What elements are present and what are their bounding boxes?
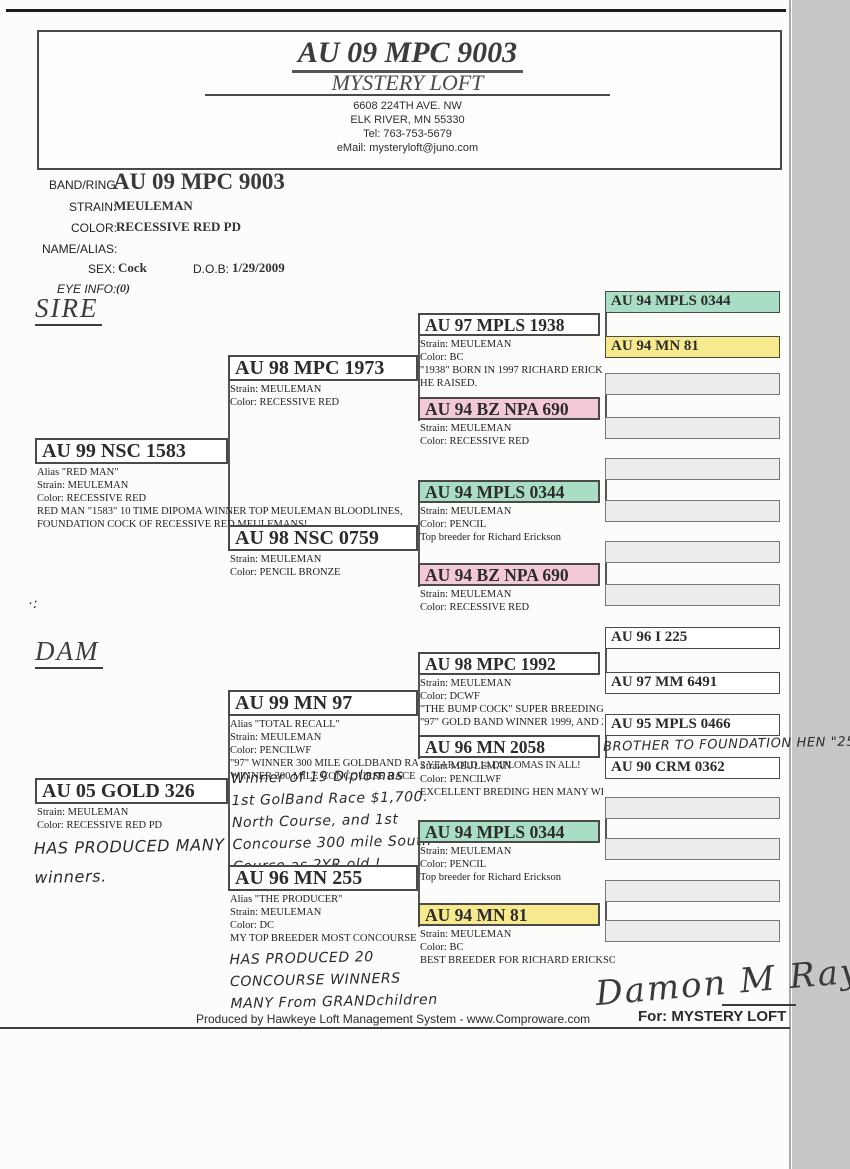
signature-line	[722, 1004, 796, 1006]
g4-box: AU 90 CRM 0362	[605, 757, 780, 779]
desc-line: Top breeder for Richard Erickson	[420, 531, 603, 544]
g3-desc: Strain: MEULEMAN Color: PENCIL Top breed…	[420, 845, 603, 884]
desc-line: Color: RECESSIVE RED	[230, 396, 418, 409]
g3-box: AU 96 MN 2058	[418, 735, 600, 758]
desc-line: Color: PENCIL	[420, 518, 603, 531]
desc-line: Color: BC	[420, 941, 615, 954]
desc-line: Color: PENCIL	[420, 858, 603, 871]
header-band-text: AU 09 MPC 9003	[292, 36, 523, 73]
desc-line: Strain: MEULEMAN	[37, 806, 227, 819]
pencil-mark: ·:	[28, 596, 39, 612]
header-band-title: AU 09 MPC 9003	[37, 36, 778, 70]
address-line2: ELK RIVER, MN 55330	[205, 113, 610, 127]
strain-value: MEULEMAN	[114, 198, 193, 214]
email-line: eMail: mysteryloft@juno.com	[205, 141, 610, 155]
hw-line: HAS PRODUCED MANY	[33, 830, 225, 863]
g3-box: AU 98 MPC 1992	[418, 652, 600, 675]
g2-box: AU 98 MPC 1973	[228, 355, 418, 381]
empty-ancestor-box	[605, 584, 780, 606]
desc-line: Strain: MEULEMAN	[420, 338, 603, 351]
g3-desc: Strain: MEULEMAN Color: BC BEST BREEDER …	[420, 928, 615, 967]
g4-box: AU 94 MN 81	[605, 336, 780, 358]
desc-line: Strain: MEULEMAN	[230, 553, 418, 566]
g2-box: AU 96 MN 255	[228, 865, 418, 891]
color-value: RECESSIVE RED PD	[116, 219, 241, 235]
scan-top-line	[6, 9, 786, 12]
loft-name: MYSTERY LOFT	[37, 70, 778, 96]
desc-line: Strain: MEULEMAN	[420, 588, 603, 601]
desc-line: Strain: MEULEMAN	[420, 677, 603, 690]
empty-ancestor-box	[605, 880, 780, 902]
g3-box: AU 94 MPLS 0344	[418, 480, 600, 503]
name-alias-label: NAME/ALIAS:	[42, 242, 117, 256]
g3-box: AU 94 MN 81	[418, 903, 600, 926]
band-ring-value: AU 09 MPC 9003	[113, 169, 285, 195]
g4-box: AU 97 MM 6491	[605, 672, 780, 694]
desc-line: "97" GOLD BAND WINNER 1999, AND 250 M	[420, 716, 603, 729]
overprinted-text: 2 YEAR OLD 14 DIPLOMAS IN ALL!	[420, 760, 580, 772]
empty-ancestor-box	[605, 458, 780, 480]
empty-ancestor-box	[605, 417, 780, 439]
g1-dam-box: AU 05 GOLD 326	[35, 778, 228, 804]
footer-rule	[0, 1027, 790, 1029]
g3-box: AU 94 BZ NPA 690	[418, 563, 600, 586]
g3-desc: Strain: MEULEMAN Color: DCWF "THE BUMP C…	[420, 677, 603, 729]
sire-section-label: SIRE	[35, 293, 102, 326]
g3-desc: Strain: MEULEMAN Color: RECESSIVE RED	[420, 422, 603, 448]
g3-box: AU 94 BZ NPA 690	[418, 397, 600, 420]
empty-ancestor-box	[605, 541, 780, 563]
g3-desc: Strain: MEULEMAN 2 YEAR OLD 14 DIPLOMAS …	[420, 760, 603, 799]
handwritten-note: Winner of 19 Diplomas 1st GolBand Race $…	[231, 764, 432, 878]
desc-line: Color: DCWF	[420, 690, 603, 703]
desc-line: Color: PENCIL BRONZE	[230, 566, 418, 579]
desc-line: Alias "RED MAN"	[37, 466, 432, 479]
desc-line: Alias "TOTAL RECALL"	[230, 718, 418, 731]
desc-line: Strain: MEULEMAN	[230, 906, 418, 919]
desc-line: Color: RECESSIVE RED	[420, 601, 603, 614]
dob-label: D.O.B:	[193, 262, 229, 276]
g4-box: AU 95 MPLS 0466	[605, 714, 780, 736]
sex-value: Cock	[118, 260, 147, 276]
desc-line: BEST BREEDER FOR RICHARD ERICKSON	[420, 954, 615, 967]
header-divider	[205, 94, 610, 96]
g1-sire-desc: Alias "RED MAN" Strain: MEULEMAN Color: …	[37, 466, 432, 531]
footer-for-loft: For: MYSTERY LOFT	[638, 1008, 786, 1025]
desc-line: Color: RECESSIVE RED	[420, 435, 603, 448]
desc-line: Color: DC	[230, 919, 418, 932]
desc-line: Strain: MEULEMAN	[230, 731, 418, 744]
g3-desc: Strain: MEULEMAN Color: PENCIL Top breed…	[420, 505, 603, 544]
hw-line: winners.	[34, 859, 226, 892]
sex-label: SEX:	[88, 262, 115, 276]
g2-desc: Strain: MEULEMAN Color: PENCIL BRONZE	[230, 553, 418, 579]
desc-line: MY TOP BREEDER MOST CONCOURSE W	[230, 932, 418, 945]
scanned-pedigree-page: AU 09 MPC 9003 MYSTERY LOFT 6608 224TH A…	[0, 0, 792, 1169]
desc-line: Strain: MEULEMAN	[37, 479, 432, 492]
desc-line: Strain: MEULEMAN	[420, 845, 603, 858]
desc-line: Color: PENCILWF	[420, 773, 603, 786]
g2-desc: Alias "THE PRODUCER" Strain: MEULEMAN Co…	[230, 893, 418, 945]
g4-box: AU 96 I 225	[605, 627, 780, 649]
empty-ancestor-box	[605, 838, 780, 860]
handwritten-note: BROTHER TO FOUNDATION HEN "255"	[603, 734, 850, 755]
desc-line: Alias "THE PRODUCER"	[230, 893, 418, 906]
desc-line: Color: PENCILWF	[230, 744, 418, 757]
g3-desc: Strain: MEULEMAN Color: RECESSIVE RED	[420, 588, 603, 614]
g4-box: AU 94 MPLS 0344	[605, 291, 780, 313]
desc-line: HE RAISED.	[420, 377, 603, 390]
g1-sire-box: AU 99 NSC 1583	[35, 438, 228, 464]
handwritten-note: HAS PRODUCED MANY winners.	[33, 830, 225, 892]
empty-ancestor-box	[605, 797, 780, 819]
g2-box: AU 99 MN 97	[228, 690, 418, 716]
desc-line: Strain: MEULEMAN	[420, 505, 603, 518]
phone-line: Tel: 763-753-5679	[205, 127, 610, 141]
dam-section-label: DAM	[35, 636, 103, 669]
hw-line: 1st GolBand Race $1,700.	[231, 786, 431, 812]
g1-dam-desc: Strain: MEULEMAN Color: RECESSIVE RED PD	[37, 806, 227, 832]
g2-box: AU 98 NSC 0759	[228, 525, 418, 551]
footer-produced-by: Produced by Hawkeye Loft Management Syst…	[196, 1012, 590, 1026]
desc-line: "THE BUMP COCK" SUPER BREEDING CO	[420, 703, 603, 716]
color-label: COLOR:	[71, 221, 117, 235]
address-line1: 6608 224TH AVE. NW	[205, 99, 610, 113]
desc-line: Color: BC	[420, 351, 603, 364]
g3-box: AU 94 MPLS 0344	[418, 820, 600, 843]
desc-line-overlapped: Strain: MEULEMAN 2 YEAR OLD 14 DIPLOMAS …	[420, 760, 603, 773]
strain-label: STRAIN:	[69, 200, 116, 214]
desc-line: Color: RECESSIVE RED	[37, 492, 432, 505]
dob-value: 1/29/2009	[232, 260, 285, 276]
desc-line: Top breeder for Richard Erickson	[420, 871, 603, 884]
empty-ancestor-box	[605, 500, 780, 522]
g3-desc: Strain: MEULEMAN Color: BC "1938" BORN I…	[420, 338, 603, 390]
loft-address: 6608 224TH AVE. NW ELK RIVER, MN 55330 T…	[205, 99, 610, 155]
desc-line: Strain: MEULEMAN	[420, 928, 615, 941]
desc-line: Strain: MEULEMAN	[420, 422, 603, 435]
desc-line: RED MAN "1583" 10 TIME DIPOMA WINNER TOP…	[37, 505, 432, 518]
desc-line: Strain: MEULEMAN	[230, 383, 418, 396]
handwritten-note: HAS PRODUCED 20 CONCOURSE WINNERS MANY F…	[229, 945, 438, 1015]
band-ring-label: BAND/RING:	[49, 178, 119, 192]
empty-ancestor-box	[605, 373, 780, 395]
hw-line: Concourse 300 mile South	[232, 830, 432, 856]
g2-desc: Strain: MEULEMAN Color: RECESSIVE RED	[230, 383, 418, 409]
desc-line: EXCELLENT BREDING HEN MANY WINNE	[420, 786, 603, 799]
desc-line: "1938" BORN IN 1997 RICHARD ERICKSON	[420, 364, 603, 377]
empty-ancestor-box	[605, 920, 780, 942]
g3-box: AU 97 MPLS 1938	[418, 313, 600, 336]
eye-info-value: (0)	[116, 281, 130, 296]
